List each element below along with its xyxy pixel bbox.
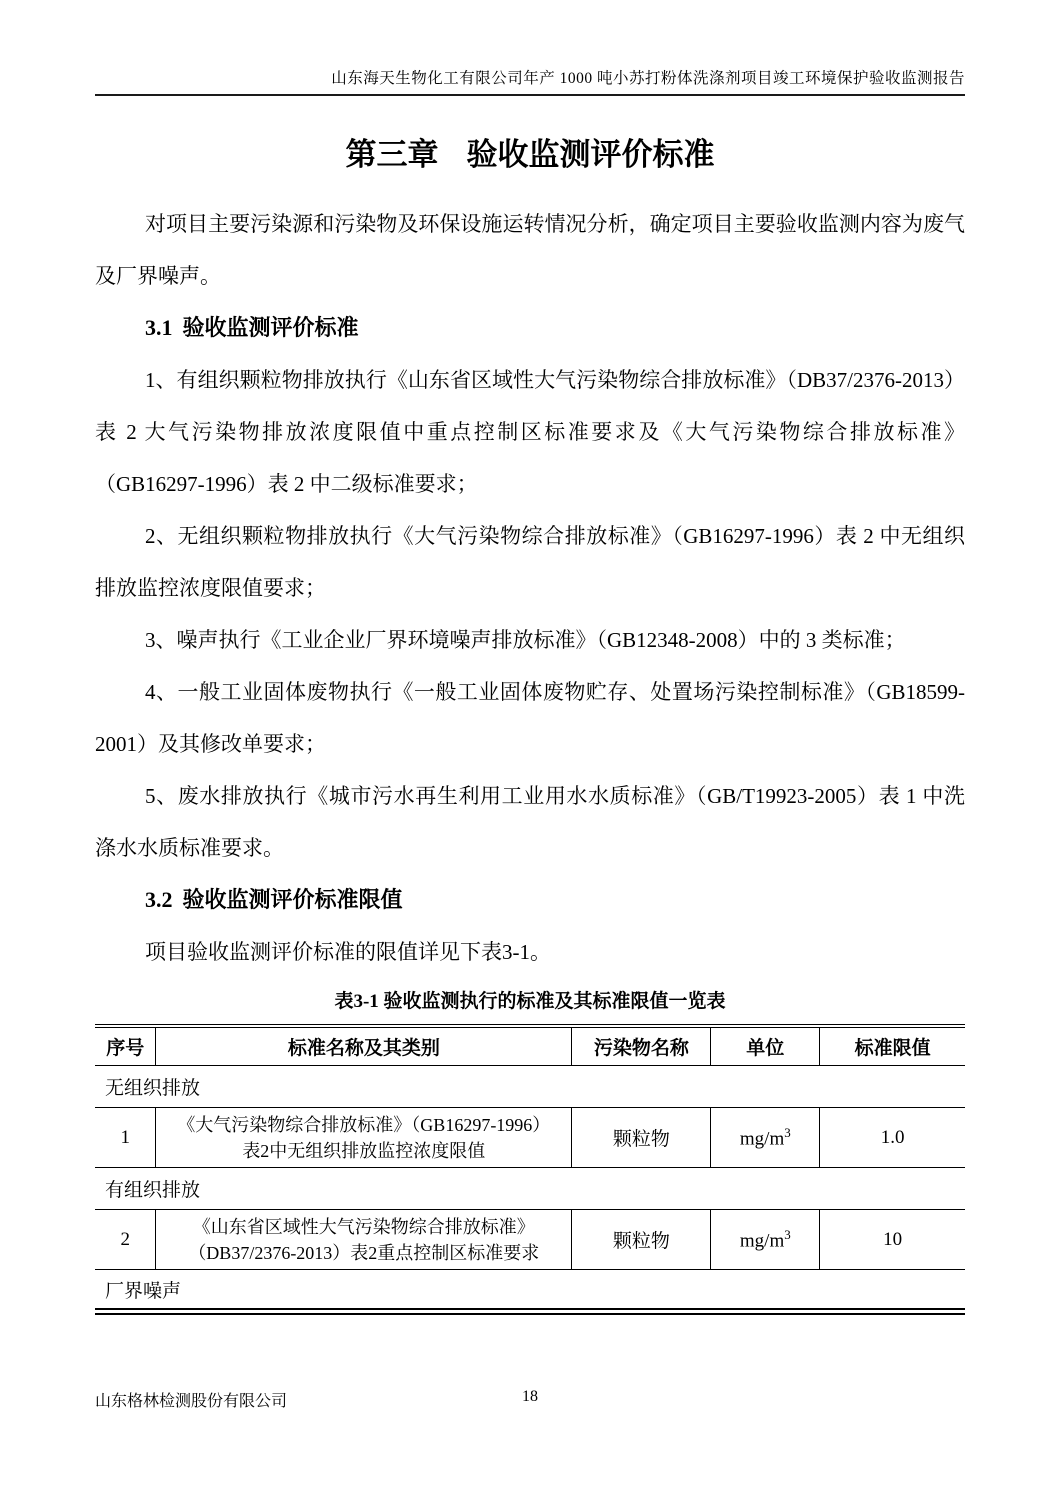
section-label: 无组织排放 (95, 1066, 965, 1108)
cell-pollutant: 颗粒物 (572, 1108, 711, 1168)
section-3-2-title: 验收监测评价标准限值 (183, 887, 403, 912)
column-header-no: 序号 (95, 1026, 156, 1066)
unit-superscript: 3 (784, 1125, 791, 1140)
running-footer: 山东格林检测股份有限公司 18 (95, 1388, 965, 1412)
standard-name-line1: 《大气污染物综合排放标准》（GB16297-1996） (177, 1115, 550, 1135)
body-text: 对项目主要污染源和污染物及环保设施运转情况分析，确定项目主要验收监测内容为废气及… (95, 198, 965, 978)
section-label: 厂界噪声 (95, 1270, 965, 1312)
running-header-title: 山东海天生物化工有限公司年产 1000 吨小苏打粉体洗涤剂项目竣工环境保护验收监… (331, 70, 965, 87)
cell-limit: 1.0 (820, 1108, 965, 1168)
footer-page-number: 18 (95, 1388, 965, 1406)
cell-pollutant: 颗粒物 (572, 1210, 711, 1270)
section-3-1-title: 验收监测评价标准 (183, 315, 359, 340)
column-header-name: 标准名称及其类别 (156, 1026, 572, 1066)
section-row-organized: 有组织排放 (95, 1168, 965, 1210)
table-row: 1 《大气污染物综合排放标准》（GB16297-1996） 表2中无组织排放监控… (95, 1108, 965, 1168)
cell-no: 1 (95, 1108, 156, 1168)
standard-item-1: 1、有组织颗粒物排放执行《山东省区域性大气污染物综合排放标准》（DB37/237… (95, 354, 965, 510)
standard-item-2: 2、无组织颗粒物排放执行《大气污染物综合排放标准》（GB16297-1996）表… (95, 510, 965, 614)
section-3-1-number: 3.1 (145, 315, 173, 340)
chapter-number: 第三章 (346, 137, 439, 172)
cell-unit: mg/m3 (711, 1108, 820, 1168)
table-caption: 表3-1 验收监测执行的标准及其标准限值一览表 (95, 988, 965, 1016)
section-3-2-paragraph: 项目验收监测评价标准的限值详见下表3-1。 (95, 926, 965, 978)
cell-standard-name: 《山东省区域性大气污染物综合排放标准》 （DB37/2376-2013）表2重点… (156, 1210, 572, 1270)
standards-table: 序号 标准名称及其类别 污染物名称 单位 标准限值 无组织排放 1 《大气污染物… (95, 1024, 965, 1316)
column-header-pollutant: 污染物名称 (572, 1026, 711, 1066)
standard-name-line2: 表2中无组织排放监控浓度限值 (242, 1141, 485, 1161)
running-header: 山东海天生物化工有限公司年产 1000 吨小苏打粉体洗涤剂项目竣工环境保护验收监… (95, 0, 965, 96)
section-3-1-heading: 3.1验收监测评价标准 (95, 302, 965, 354)
document-page: 山东海天生物化工有限公司年产 1000 吨小苏打粉体洗涤剂项目竣工环境保护验收监… (0, 0, 1061, 1315)
standard-item-3: 3、噪声执行《工业企业厂界环境噪声排放标准》（GB12348-2008）中的 3… (95, 614, 965, 666)
cell-limit: 10 (820, 1210, 965, 1270)
section-3-2-number: 3.2 (145, 887, 173, 912)
standard-item-5: 5、废水排放执行《城市污水再生利用工业用水水质标准》（GB/T19923-200… (95, 770, 965, 874)
unit-base: mg/m (740, 1231, 784, 1252)
unit-superscript: 3 (784, 1227, 791, 1242)
column-header-unit: 单位 (711, 1026, 820, 1066)
cell-no: 2 (95, 1210, 156, 1270)
cell-unit: mg/m3 (711, 1210, 820, 1270)
table-row: 2 《山东省区域性大气污染物综合排放标准》 （DB37/2376-2013）表2… (95, 1210, 965, 1270)
column-header-limit: 标准限值 (820, 1026, 965, 1066)
section-label: 有组织排放 (95, 1168, 965, 1210)
intro-paragraph: 对项目主要污染源和污染物及环保设施运转情况分析，确定项目主要验收监测内容为废气及… (95, 198, 965, 302)
standard-name-line2: （DB37/2376-2013）表2重点控制区标准要求 (188, 1243, 539, 1263)
section-row-boundary-noise: 厂界噪声 (95, 1270, 965, 1312)
table-header-row: 序号 标准名称及其类别 污染物名称 单位 标准限值 (95, 1026, 965, 1066)
standard-item-4: 4、一般工业固体废物执行《一般工业固体废物贮存、处置场污染控制标准》（GB185… (95, 666, 965, 770)
unit-base: mg/m (740, 1129, 784, 1150)
section-3-2-heading: 3.2验收监测评价标准限值 (95, 874, 965, 926)
cell-standard-name: 《大气污染物综合排放标准》（GB16297-1996） 表2中无组织排放监控浓度… (156, 1108, 572, 1168)
chapter-title-text: 验收监测评价标准 (467, 137, 715, 172)
chapter-title: 第三章验收监测评价标准 (95, 134, 965, 176)
standard-name-line1: 《山东省区域性大气污染物综合排放标准》 (193, 1217, 535, 1237)
section-row-fugitive: 无组织排放 (95, 1066, 965, 1108)
